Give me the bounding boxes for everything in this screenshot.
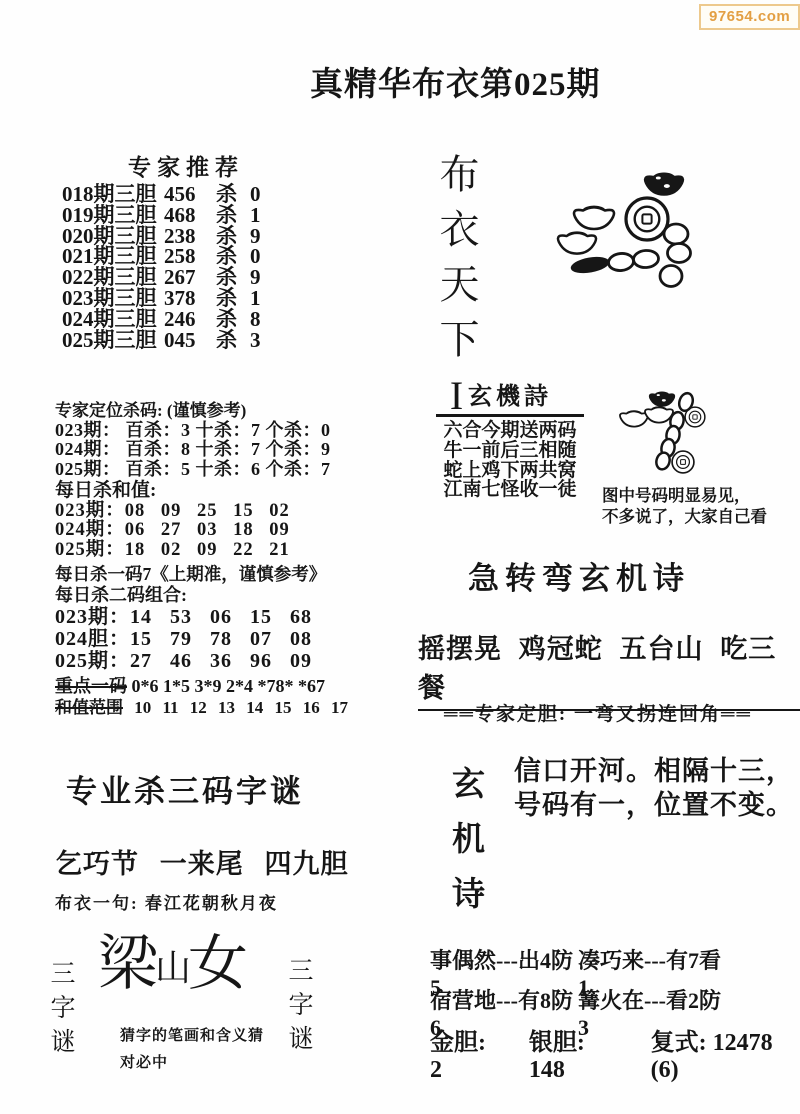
row-kill-label: 杀 <box>216 246 250 267</box>
daily-kill-one-line: 每日杀一码7《上期准，谨慎参考》 <box>55 563 370 585</box>
row-codes: 045 <box>164 330 216 351</box>
watermark-badge: 97654.com <box>699 4 800 30</box>
page-title: 真精华布衣第025期 <box>310 58 601 105</box>
drawing-note-line: 图中号码明显易见， <box>602 485 767 506</box>
row-kill-label: 杀 <box>216 309 250 330</box>
row-period: 018期三胆 <box>62 184 164 205</box>
row-kill-label: 杀 <box>216 205 250 226</box>
daily-kill-sum-title: 每日杀和值: <box>55 480 370 502</box>
gold-dan: 金胆: 2 <box>430 1022 501 1084</box>
row-kill-label: 杀 <box>216 226 250 247</box>
position-kill-row: 025期： 百杀：5 十杀：6 个杀：7 <box>55 460 370 479</box>
poem-line: 蛇上鸡下两共窝 <box>436 461 584 481</box>
sum-range-label: 和值范围 <box>55 698 123 717</box>
riddle-char: 山 <box>155 950 191 986</box>
row-period: 024期三胆 <box>62 309 164 330</box>
row-codes: 267 <box>164 267 216 288</box>
daily-kill-sum-row: 023期：08 09 25 15 02 <box>55 502 370 521</box>
row-period: 021期三胆 <box>62 246 164 267</box>
row-codes: 246 <box>164 309 216 330</box>
row-kill: 0 <box>250 184 274 205</box>
row-kill: 0 <box>250 246 274 267</box>
table-row: 025期三胆045杀3 <box>62 330 274 351</box>
row-kill-label: 杀 <box>216 267 250 288</box>
row-period: 019期三胆 <box>62 205 164 226</box>
riddle-note-line: 对必中 <box>120 1050 264 1077</box>
ingot-bead-drawing <box>550 164 715 304</box>
daily-two-combo-title: 每日杀二码组合: <box>55 585 370 606</box>
kill-three-riddle: 乞巧节 一来尾 四九胆 <box>55 842 349 881</box>
position-kill-section: 专家定位杀码: (谨慎参考) 023期： 百杀：3 十杀：7 个杀：0 024期… <box>55 400 370 719</box>
gold-ingot-icon <box>558 233 596 254</box>
position-kill-title: 专家定位杀码: (谨慎参考) <box>55 400 370 421</box>
row-kill-label: 杀 <box>216 288 250 309</box>
xuanji-shi-vertical-title: 玄机诗 <box>442 766 489 931</box>
watermark-text: 97654.com <box>709 8 790 25</box>
buyi-sentence: 布衣一句: 春江花朝秋月夜 <box>55 889 278 914</box>
ingot-chain-drawing-small <box>604 386 722 484</box>
row-period: 020期三胆 <box>62 226 164 247</box>
key-one-row: 重点一码 0*6 1*5 3*9 2*4 *78* *67 <box>55 675 370 697</box>
coin-icon <box>672 451 694 473</box>
coin-icon <box>626 198 668 240</box>
riddle-char: 女 <box>188 934 248 994</box>
row-kill: 1 <box>250 205 274 226</box>
gold-ingot-icon <box>620 411 648 426</box>
key-one-label: 重点一码 <box>55 676 127 696</box>
daily-kill-sum-row: 024期：06 27 03 18 09 <box>55 521 370 540</box>
row-kill-label: 杀 <box>216 184 250 205</box>
gold-ingot-icon <box>650 392 675 406</box>
table-row: 019期三胆468杀1 <box>62 205 274 226</box>
poem-line: 江南七怪收一徒 <box>436 480 584 500</box>
daily-kill-sum-row: 025期：18 02 09 22 21 <box>55 541 370 560</box>
xuanji-shi-line: 信口开河。相隔十三， <box>514 754 794 788</box>
expert-recommend-title: 专家推荐 <box>128 149 244 182</box>
xuanji-poem-title: 玄機詩 <box>436 376 584 417</box>
sharp-turn-title: 急转弯玄机诗 <box>468 553 690 598</box>
drawing-note: 图中号码明显易见， 不多说了，大家自己看 <box>602 485 767 527</box>
kill-three-title: 专业杀三码字谜 <box>66 766 304 811</box>
compound: 复式: 12478 (6) <box>651 1022 800 1084</box>
sum-range-row: 和值范围 10 11 12 13 14 15 16 17 <box>55 697 370 719</box>
row-codes: 456 <box>164 184 216 205</box>
row-kill: 8 <box>250 309 274 330</box>
row-period: 023期三胆 <box>62 288 164 309</box>
sum-range-values: 10 11 12 13 14 15 16 17 <box>134 698 348 717</box>
daily-two-combo-row: 023期：14 53 06 15 68 <box>55 606 370 628</box>
row-kill: 3 <box>250 330 274 351</box>
row-codes: 468 <box>164 205 216 226</box>
three-char-riddle-answer: 梁 山 女 <box>98 934 248 994</box>
poem-line: 六合今期送两码 <box>436 421 584 441</box>
row-kill: 9 <box>250 226 274 247</box>
row-period: 022期三胆 <box>62 267 164 288</box>
xuanji-poem-box: 玄機詩 六合今期送两码 牛一前后三相随 蛇上鸡下两共窝 江南七怪收一徒 <box>436 376 584 500</box>
three-char-riddle-label-left: 三字谜 <box>42 960 78 1062</box>
xuanji-shi-line: 号码有一，位置不变。 <box>514 788 794 822</box>
table-row: 020期三胆238杀9 <box>62 226 274 247</box>
expert-recommend-table: 018期三胆456杀0 019期三胆468杀1 020期三胆238杀9 021期… <box>62 184 274 350</box>
riddle-note-line: 猜字的笔画和含义猜 <box>120 1023 264 1050</box>
three-char-riddle-label-right: 三字谜 <box>280 957 316 1059</box>
row-period: 025期三胆 <box>62 330 164 351</box>
row-codes: 378 <box>164 288 216 309</box>
row-kill: 9 <box>250 267 274 288</box>
position-kill-row: 024期： 百杀：8 十杀：7 个杀：9 <box>55 440 370 459</box>
ink-blob <box>569 254 610 276</box>
xuanji-shi-text: 信口开河。相隔十三， 号码有一，位置不变。 <box>514 754 794 822</box>
gold-ingot-icon <box>645 407 673 422</box>
gold-ingot-icon <box>645 174 683 195</box>
drawing-note-line: 不多说了，大家自己看 <box>602 506 767 527</box>
row-codes: 238 <box>164 226 216 247</box>
row-codes: 258 <box>164 246 216 267</box>
table-row: 024期三胆246杀8 <box>62 309 274 330</box>
row-kill-label: 杀 <box>216 330 250 351</box>
table-row: 021期三胆258杀0 <box>62 246 274 267</box>
key-one-values: 0*6 1*5 3*9 2*4 *78* *67 <box>132 676 326 696</box>
daily-two-combo-row: 024胆：15 79 78 07 08 <box>55 628 370 650</box>
final-dan-row: 金胆: 2 银胆: 148 复式: 12478 (6) <box>430 1022 800 1084</box>
table-row: 018期三胆456杀0 <box>62 184 274 205</box>
poem-line: 牛一前后三相随 <box>436 441 584 461</box>
table-row: 022期三胆267杀9 <box>62 267 274 288</box>
riddle-note: 猜字的笔画和含义猜 对必中 <box>120 1023 264 1077</box>
silver-dan: 银胆: 148 <box>529 1022 623 1084</box>
lottery-tip-sheet: 97654.com 真精华布衣第025期 专家推荐 018期三胆456杀0 01… <box>0 0 800 1114</box>
row-kill: 1 <box>250 288 274 309</box>
position-kill-row: 023期： 百杀：3 十杀：7 个杀：0 <box>55 421 370 440</box>
table-row: 023期三胆378杀1 <box>62 288 274 309</box>
riddle-char: 梁 <box>98 934 158 994</box>
gold-ingot-icon <box>574 207 614 229</box>
expert-dan-line: ══专家定胆: 一弯又拐连回角══ <box>444 699 752 726</box>
daily-two-combo-row: 025期：27 46 36 96 09 <box>55 650 370 672</box>
